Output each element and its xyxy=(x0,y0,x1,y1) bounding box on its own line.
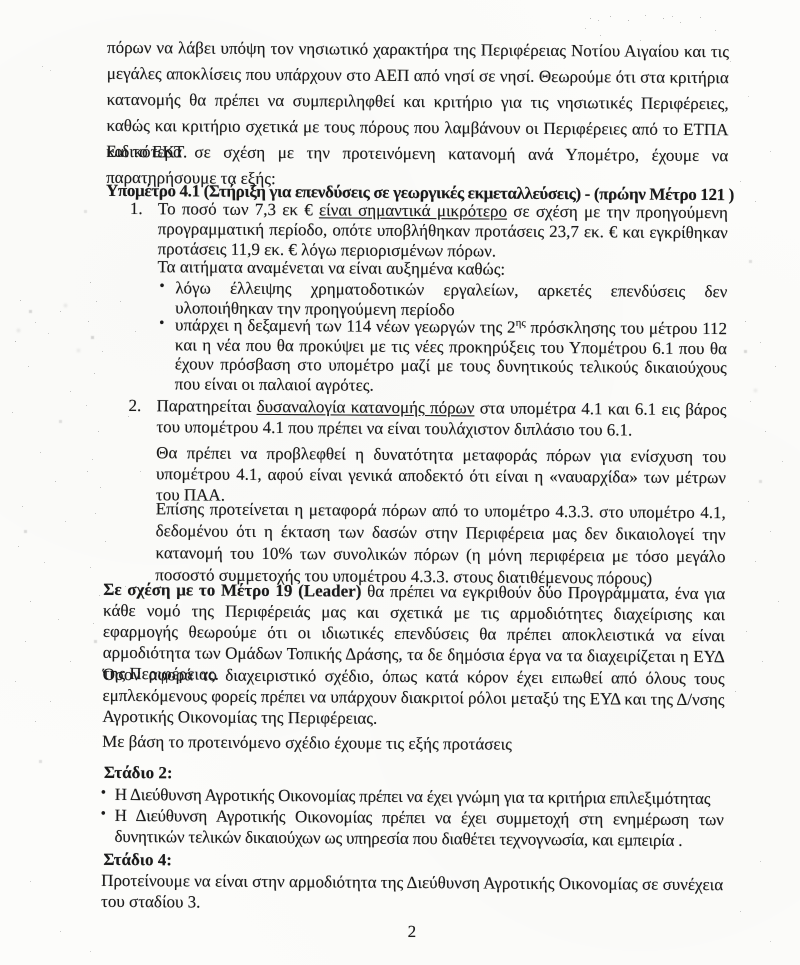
stage-2-heading: Στάδιο 2: xyxy=(104,762,724,787)
bullet-pool-pre: υπάρχει η δεξαμενή των 114 νέων γεωργών … xyxy=(175,315,516,336)
paragraph-proposals-intro: Με βάση το προτεινόμενο σχέδιο έχουμε τι… xyxy=(102,731,724,757)
stage-4-body: Προτείνουμε να είναι στην αρμοδιότητα τη… xyxy=(101,870,723,916)
item-2-text-underlined: δυσαναλογία κατανομής πόρων xyxy=(257,397,475,418)
item-1-text-pre: Το ποσό των 7,3 εκ € xyxy=(158,199,319,219)
measure-19-bold-text: Σε σχέση με το Μέτρο 19 (Leader) xyxy=(103,580,361,601)
bullet-funding-text: λόγω έλλειψης χρηματοδοτικών εργαλείων, … xyxy=(175,278,727,318)
bullet-icon: • xyxy=(101,783,106,804)
bullet-icon: • xyxy=(159,314,164,334)
ordinal-superscript: ης xyxy=(516,317,526,329)
item-2-text-pre: Παρατηρείται xyxy=(156,396,256,416)
stage-2-bullet-information: • Η Διεύθυνση Αγροτικής Οικονομίας πρέπε… xyxy=(114,805,723,851)
item-1-marker: 1. xyxy=(130,199,143,219)
paragraph-forest-transfer: Επίσης προτείνεται η μεταφορά πόρων από … xyxy=(155,498,726,590)
bullet-funding-tools: • λόγω έλλειψης χρηματοδοτικών εργαλείων… xyxy=(175,278,727,321)
bullet-icon: • xyxy=(159,277,164,297)
document-content: πόρων να λάβει υπόψη τον νησιωτικό χαρακ… xyxy=(101,0,730,965)
stage-2-bullet-information-text: Η Διεύθυνση Αγροτικής Οικονομίας πρέπει … xyxy=(114,806,723,850)
numbered-item-2: 2. Παρατηρείται δυσαναλογία κατανομής πό… xyxy=(156,395,726,441)
page-number: 2 xyxy=(101,920,723,944)
requests-intro-line: Τα αιτήματα αναμένεται να είναι αυξημένα… xyxy=(157,257,727,281)
scan-noise-top-right xyxy=(0,0,1,1)
paragraph-management-plan: Όσον αφορά το διαχειριστικό σχέδιο, όπως… xyxy=(102,664,724,731)
item-2-marker: 2. xyxy=(128,395,141,416)
bullet-young-farmers: • υπάρχει η δεξαμενή των 114 νέων γεωργώ… xyxy=(175,315,728,397)
numbered-item-1: 1. Το ποσό των 7,3 εκ € είναι σημαντικά … xyxy=(158,199,728,263)
item-1-text-underlined: είναι σημαντικά μικρότερο xyxy=(319,200,507,220)
bullet-icon: • xyxy=(101,804,106,825)
scanned-document-page: πόρων να λάβει υπόψη τον νησιωτικό χαρακ… xyxy=(0,0,800,965)
